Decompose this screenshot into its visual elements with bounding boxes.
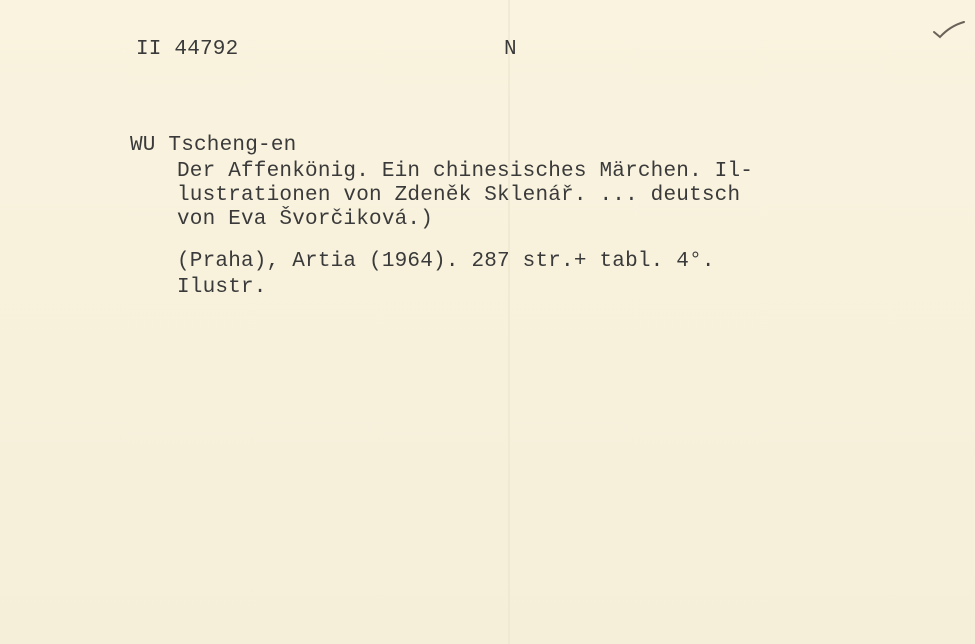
imprint-line-2: Ilustr. [177,276,267,299]
check-mark-icon [932,20,966,40]
title-line-1: Der Affenkönig. Ein chinesisches Märchen… [177,160,753,183]
imprint-line-1: (Praha), Artia (1964). 287 str.+ tabl. 4… [177,250,715,273]
card-fold-line [508,0,510,644]
catalog-card: II 44792 N WU Tscheng-en Der Affenkönig.… [0,0,975,644]
marker-letter: N [504,38,517,61]
author-heading: WU Tscheng-en [130,134,296,157]
call-number: II 44792 [136,38,238,61]
title-line-3: von Eva Švorčiková.) [177,208,433,231]
title-line-2: lustrationen von Zdeněk Sklenář. ... deu… [177,184,740,207]
